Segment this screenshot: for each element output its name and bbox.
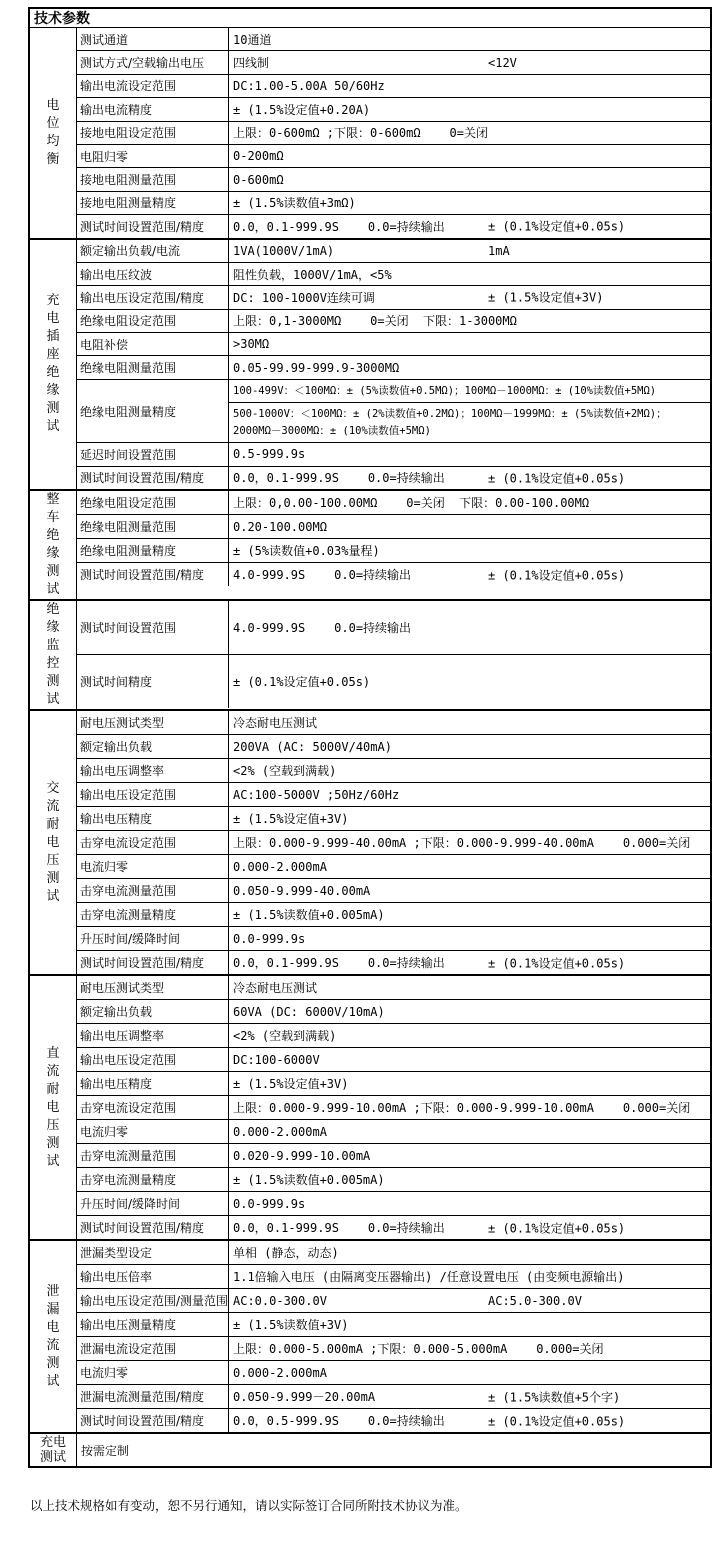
table-row: 击穿电流测量范围0.020-9.999-10.00mA bbox=[77, 1144, 710, 1168]
param-value-cell: 0.050-9.999-40.00mA bbox=[229, 879, 710, 902]
category-label-line: 绝 bbox=[46, 364, 59, 382]
category-label-line: 交 bbox=[46, 780, 59, 798]
value-text: ± (1.5%读数值+3mΩ) bbox=[233, 194, 356, 211]
value-text: 0.0，0.1-999.9S 0.0=持续输出 bbox=[233, 954, 445, 971]
param-name-cell: 测试时间设置范围/精度 bbox=[77, 215, 229, 237]
param-value-cell: 0.0-999.9s bbox=[229, 1192, 710, 1215]
table-row: 输出电压精度± (1.5%设定值+3V) bbox=[77, 1072, 710, 1096]
param-name-cell: 测试时间精度 bbox=[77, 655, 229, 708]
param-name-cell: 额定输出负载/电流 bbox=[77, 240, 229, 262]
param-value-cell: ± (1.5%设定值+0.20A) bbox=[229, 98, 710, 120]
param-name-cell: 接地电阻测量精度 bbox=[77, 192, 229, 214]
value-text: AC:0.0-300.0V bbox=[233, 1294, 327, 1308]
value-text: 0.20-100.00MΩ bbox=[233, 520, 327, 534]
value-text: 200VA (AC: 5000V/40mA) bbox=[233, 740, 392, 754]
param-name-cell: 泄漏类型设定 bbox=[77, 1241, 229, 1264]
param-value-cell: 上限：0,1-3000MΩ 0=关闭 下限：1-3000MΩ bbox=[229, 310, 710, 332]
param-name-cell: 输出电压纹波 bbox=[77, 263, 229, 285]
category-label-line: 泄 bbox=[46, 1283, 59, 1301]
value-text: 上限：0.000-9.999-40.00mA ;下限：0.000-9.999-4… bbox=[233, 834, 690, 851]
param-value-cell: 0.020-9.999-10.00mA bbox=[229, 1144, 710, 1167]
value-text: 0-600mΩ bbox=[233, 173, 284, 187]
category-label-line: 漏 bbox=[46, 1301, 59, 1319]
section-3: 绝缘监控测试测试时间设置范围4.0-999.9S 0.0=持续输出测试时间精度±… bbox=[30, 601, 710, 711]
spec-table: 技术参数 电位均衡测试通道10通道测试方式/空载输出电压四线制<12V输出电流设… bbox=[28, 7, 712, 1468]
param-value-cell: 0-600mΩ bbox=[229, 168, 710, 190]
category-label-line: 座 bbox=[46, 346, 59, 364]
value-text: 上限：0.000-5.000mA ;下限：0.000-5.000mA 0.000… bbox=[233, 1340, 604, 1357]
table-row: 额定输出负载200VA (AC: 5000V/40mA) bbox=[77, 735, 710, 759]
param-value-cell: 0.0，0.1-999.9S 0.0=持续输出± (0.1%设定值+0.05s) bbox=[229, 951, 710, 974]
table-row: 输出电压调整率<2% (空载到满载) bbox=[77, 1024, 710, 1048]
param-value-cell: 4.0-999.9S 0.0=持续输出 bbox=[229, 601, 710, 654]
category-label-line: 测试 bbox=[40, 1450, 66, 1465]
value-text-right: ± (0.1%设定值+0.05s) bbox=[488, 954, 625, 971]
param-value-cell: 冷态耐电压测试 bbox=[229, 976, 710, 999]
value-text: <2% (空载到满载) bbox=[233, 762, 336, 779]
value-text-right: ± (1.5%设定值+3V) bbox=[488, 289, 603, 306]
param-name-cell: 输出电压测量精度 bbox=[77, 1313, 229, 1336]
table-row: 绝缘电阻测量精度± (5%读数值+0.03%量程) bbox=[77, 539, 710, 563]
value-text-right: ± (0.1%设定值+0.05s) bbox=[488, 1412, 625, 1429]
value-text: 0.050-9.999－20.00mA bbox=[233, 1388, 375, 1405]
value-text: 0-200mΩ bbox=[233, 149, 284, 163]
category-label-line: 试 bbox=[46, 581, 59, 599]
param-value-cell: DC:100-6000V bbox=[229, 1048, 710, 1071]
param-value-cell: 上限：0,0.00-100.00MΩ 0=关闭 下限：0.00-100.00MΩ bbox=[229, 491, 710, 514]
section-rows: 额定输出负载/电流1VA(1000V/1mA)1mA输出电压纹波阻性负载，100… bbox=[77, 240, 710, 490]
category-label-line: 测 bbox=[46, 1355, 59, 1373]
table-row: 接地电阻测量精度± (1.5%读数值+3mΩ) bbox=[77, 192, 710, 215]
param-name-cell: 测试时间设置范围/精度 bbox=[77, 1216, 229, 1239]
param-name-cell: 输出电压调整率 bbox=[77, 1024, 229, 1047]
table-row: 测试时间设置范围/精度0.0，0.1-999.9S 0.0=持续输出± (0.1… bbox=[77, 215, 710, 237]
category-label-line: 插 bbox=[46, 328, 59, 346]
table-row: 击穿电流测量范围0.050-9.999-40.00mA bbox=[77, 879, 710, 903]
value-text: 4.0-999.9S 0.0=持续输出 bbox=[233, 566, 411, 583]
category-label-line: 电 bbox=[46, 97, 59, 115]
table-row: 测试时间精度± (0.1%设定值+0.05s) bbox=[77, 655, 710, 708]
section-7: 充电测试按需定制 bbox=[30, 1434, 710, 1466]
param-name-cell: 额定输出负载 bbox=[77, 1000, 229, 1023]
value-text: 0.0，0.1-999.9S 0.0=持续输出 bbox=[233, 469, 445, 486]
param-name-cell: 绝缘电阻测量精度 bbox=[77, 380, 229, 442]
table-row: 电阻归零0-200mΩ bbox=[77, 145, 710, 168]
param-name-cell: 击穿电流测量精度 bbox=[77, 903, 229, 926]
param-name-cell: 耐电压测试类型 bbox=[77, 711, 229, 734]
param-name-cell: 延迟时间设置范围 bbox=[77, 443, 229, 465]
value-subrow: 500-1000V：＜100MΩ：± (2%读数值+0.2MΩ)；100MΩ－1… bbox=[229, 403, 710, 442]
value-text-right: <12V bbox=[488, 56, 517, 70]
table-title-row: 技术参数 bbox=[30, 9, 710, 28]
value-text: 0.0，0.5-999.9S 0.0=持续输出 bbox=[233, 1412, 445, 1429]
param-name-cell: 泄漏电流测量范围/精度 bbox=[77, 1385, 229, 1408]
category-label: 整车绝缘测试 bbox=[30, 491, 77, 599]
category-label-line: 流 bbox=[46, 1337, 59, 1355]
param-name-cell: 接地电阻设定范围 bbox=[77, 122, 229, 144]
table-row: 输出电压设定范围/测量范围AC:0.0-300.0VAC:5.0-300.0V bbox=[77, 1289, 710, 1313]
table-row: 耐电压测试类型冷态耐电压测试 bbox=[77, 976, 710, 1000]
param-value-cell: <2% (空载到满载) bbox=[229, 759, 710, 782]
table-row: 测试时间设置范围4.0-999.9S 0.0=持续输出 bbox=[77, 601, 710, 655]
value-text: >30MΩ bbox=[233, 337, 269, 351]
param-value-cell: ± (5%读数值+0.03%量程) bbox=[229, 539, 710, 562]
category-label: 直流耐电压测试 bbox=[30, 976, 77, 1239]
table-row: 输出电压倍率1.1倍输入电压 (由隔离变压器输出) /任意设置电压 (由变频电源… bbox=[77, 1265, 710, 1289]
category-label-line: 试 bbox=[46, 1373, 59, 1391]
category-label-line: 绝 bbox=[46, 527, 59, 545]
category-label-line: 直 bbox=[46, 1045, 59, 1063]
table-row: 输出电压设定范围/精度DC: 100-1000V连续可调± (1.5%设定值+3… bbox=[77, 286, 710, 309]
value-text: ± (1.5%设定值+3V) bbox=[233, 1075, 348, 1092]
param-name-cell: 电阻归零 bbox=[77, 145, 229, 167]
category-label-line: 试 bbox=[46, 691, 59, 709]
value-text-right: ± (0.1%设定值+0.05s) bbox=[488, 218, 625, 235]
value-text: 0.0-999.9s bbox=[233, 932, 305, 946]
category-label-line: 试 bbox=[46, 1153, 59, 1171]
param-value-cell: 冷态耐电压测试 bbox=[229, 711, 710, 734]
section-4: 交流耐电压测试耐电压测试类型冷态耐电压测试额定输出负载200VA (AC: 50… bbox=[30, 711, 710, 976]
category-label-line: 电 bbox=[46, 834, 59, 852]
category-label-line: 缘 bbox=[46, 619, 59, 637]
value-text: 0.000-2.000mA bbox=[233, 1125, 327, 1139]
param-value-cell: AC:0.0-300.0VAC:5.0-300.0V bbox=[229, 1289, 710, 1312]
param-name-cell: 绝缘电阻测量精度 bbox=[77, 539, 229, 562]
value-text: DC:1.00-5.00A 50/60Hz bbox=[233, 79, 385, 93]
param-name-cell: 升压时间/缓降时间 bbox=[77, 927, 229, 950]
category-label-line: 缘 bbox=[46, 382, 59, 400]
category-label-line: 均 bbox=[46, 133, 59, 151]
param-name-cell: 升压时间/缓降时间 bbox=[77, 1192, 229, 1215]
param-name-cell: 电流归零 bbox=[77, 855, 229, 878]
param-value-cell: 100-499V：＜100MΩ：± (5%读数值+0.5MΩ)；100MΩ－10… bbox=[229, 380, 710, 442]
category-label-line: 压 bbox=[46, 1117, 59, 1135]
param-name-cell: 绝缘电阻设定范围 bbox=[77, 310, 229, 332]
value-text: 0.000-2.000mA bbox=[233, 1366, 327, 1380]
table-row: 电阻补偿>30MΩ bbox=[77, 333, 710, 356]
table-row: 电流归零0.000-2.000mA bbox=[77, 855, 710, 879]
category-label-line: 耐 bbox=[46, 816, 59, 834]
param-name-cell: 接地电阻测量范围 bbox=[77, 168, 229, 190]
param-value-cell: 上限：0-600mΩ ;下限：0-600mΩ 0=关闭 bbox=[229, 122, 710, 144]
value-text: ± (1.5%读数值+3V) bbox=[233, 1316, 348, 1333]
table-row: 输出电压设定范围DC:100-6000V bbox=[77, 1048, 710, 1072]
param-name-cell: 输出电压精度 bbox=[77, 807, 229, 830]
table-row: 按需定制 bbox=[77, 1434, 710, 1466]
category-label: 泄漏电流测试 bbox=[30, 1241, 77, 1432]
param-value-cell: 60VA (DC: 6000V/10mA) bbox=[229, 1000, 710, 1023]
param-name-cell: 输出电流设定范围 bbox=[77, 75, 229, 97]
value-text: ± (1.5%读数值+0.005mA) bbox=[233, 1171, 385, 1188]
category-label: 交流耐电压测试 bbox=[30, 711, 77, 974]
value-text: <2% (空载到满载) bbox=[233, 1027, 336, 1044]
table-row: 泄漏电流设定范围上限：0.000-5.000mA ;下限：0.000-5.000… bbox=[77, 1337, 710, 1361]
param-value-cell: DC: 100-1000V连续可调± (1.5%设定值+3V) bbox=[229, 286, 710, 308]
param-value-cell: ± (0.1%设定值+0.05s) bbox=[229, 655, 710, 708]
param-name-cell: 电流归零 bbox=[77, 1361, 229, 1384]
param-name-cell: 输出电压倍率 bbox=[77, 1265, 229, 1288]
table-row: 测试时间设置范围/精度4.0-999.9S 0.0=持续输出± (0.1%设定值… bbox=[77, 563, 710, 586]
value-text-right: ± (0.1%设定值+0.05s) bbox=[488, 1219, 625, 1236]
param-name-cell: 绝缘电阻设定范围 bbox=[77, 491, 229, 514]
param-value-cell: ± (1.5%读数值+0.005mA) bbox=[229, 903, 710, 926]
value-text: ± (1.5%读数值+0.005mA) bbox=[233, 906, 385, 923]
value-text: 0.020-9.999-10.00mA bbox=[233, 1149, 370, 1163]
category-label-line: 试 bbox=[46, 418, 59, 436]
value-text: 单相 (静态，动态) bbox=[233, 1244, 339, 1261]
table-row: 接地电阻测量范围0-600mΩ bbox=[77, 168, 710, 191]
param-name-cell: 泄漏电流设定范围 bbox=[77, 1337, 229, 1360]
section-5: 直流耐电压测试耐电压测试类型冷态耐电压测试额定输出负载60VA (DC: 600… bbox=[30, 976, 710, 1241]
value-text: 0.050-9.999-40.00mA bbox=[233, 884, 370, 898]
value-text-right: ± (1.5%读数值+5个字) bbox=[488, 1388, 620, 1405]
category-label-line: 电 bbox=[46, 1319, 59, 1337]
param-name-cell: 击穿电流设定范围 bbox=[77, 1096, 229, 1119]
table-row: 测试通道10通道 bbox=[77, 28, 710, 51]
category-label-line: 充电 bbox=[40, 1435, 66, 1450]
value-text: 冷态耐电压测试 bbox=[233, 714, 317, 731]
param-name-cell: 绝缘电阻测量范围 bbox=[77, 515, 229, 538]
table-row: 输出电流设定范围DC:1.00-5.00A 50/60Hz bbox=[77, 75, 710, 98]
param-value-cell: 上限：0.000-9.999-40.00mA ;下限：0.000-9.999-4… bbox=[229, 831, 710, 854]
param-name-cell: 输出电压设定范围/精度 bbox=[77, 286, 229, 308]
table-row: 测试时间设置范围/精度0.0，0.1-999.9S 0.0=持续输出± (0.1… bbox=[77, 467, 710, 489]
param-name-cell: 测试时间设置范围/精度 bbox=[77, 1409, 229, 1432]
value-text: ± (1.5%设定值+0.20A) bbox=[233, 101, 370, 118]
table-row: 升压时间/缓降时间0.0-999.9s bbox=[77, 927, 710, 951]
param-value-cell: 四线制<12V bbox=[229, 51, 710, 73]
param-name-cell: 输出电压设定范围 bbox=[77, 1048, 229, 1071]
table-row: 输出电压测量精度± (1.5%读数值+3V) bbox=[77, 1313, 710, 1337]
param-name-cell: 额定输出负载 bbox=[77, 735, 229, 758]
category-label: 充电测试 bbox=[30, 1434, 77, 1466]
value-text: ± (0.1%设定值+0.05s) bbox=[233, 673, 370, 690]
value-text-right: AC:5.0-300.0V bbox=[488, 1294, 582, 1308]
param-name-cell: 电阻补偿 bbox=[77, 333, 229, 355]
table-row: 绝缘电阻测量范围0.20-100.00MΩ bbox=[77, 515, 710, 539]
value-text: 1.1倍输入电压 (由隔离变压器输出) /任意设置电压 (由变频电源输出) bbox=[233, 1268, 624, 1285]
category-label-line: 车 bbox=[46, 509, 59, 527]
table-row: 输出电流精度± (1.5%设定值+0.20A) bbox=[77, 98, 710, 121]
category-label-line: 测 bbox=[46, 870, 59, 888]
category-label-line: 位 bbox=[46, 115, 59, 133]
param-value-cell: 0.000-2.000mA bbox=[229, 1361, 710, 1384]
value-text: DC:100-6000V bbox=[233, 1053, 320, 1067]
category-label: 绝缘监控测试 bbox=[30, 601, 77, 709]
category-label: 电位均衡 bbox=[30, 28, 77, 238]
value-text: 阻性负载，1000V/1mA，<5% bbox=[233, 266, 392, 283]
table-row: 击穿电流设定范围上限：0.000-9.999-10.00mA ;下限：0.000… bbox=[77, 1096, 710, 1120]
param-value-cell: 0.05-99.99-999.9-3000MΩ bbox=[229, 356, 710, 378]
table-row: 测试时间设置范围/精度0.0，0.1-999.9S 0.0=持续输出± (0.1… bbox=[77, 951, 710, 974]
value-text: 冷态耐电压测试 bbox=[233, 979, 317, 996]
param-value-cell: 0.0，0.1-999.9S 0.0=持续输出± (0.1%设定值+0.05s) bbox=[229, 467, 710, 489]
table-row: 输出电压设定范围AC:100-5000V ;50Hz/60Hz bbox=[77, 783, 710, 807]
param-value-cell: 阻性负载，1000V/1mA，<5% bbox=[229, 263, 710, 285]
category-label-line: 耐 bbox=[46, 1081, 59, 1099]
category-label-line: 缘 bbox=[46, 545, 59, 563]
category-label-line: 电 bbox=[46, 1099, 59, 1117]
value-text-right: 1mA bbox=[488, 244, 510, 258]
category-label-line: 流 bbox=[46, 1063, 59, 1081]
value-text: ± (5%读数值+0.03%量程) bbox=[233, 542, 380, 559]
table-row: 额定输出负载60VA (DC: 6000V/10mA) bbox=[77, 1000, 710, 1024]
param-value-cell: AC:100-5000V ;50Hz/60Hz bbox=[229, 783, 710, 806]
table-row: 升压时间/缓降时间0.0-999.9s bbox=[77, 1192, 710, 1216]
param-value-cell: ± (1.5%读数值+0.005mA) bbox=[229, 1168, 710, 1191]
param-name-cell: 测试时间设置范围 bbox=[77, 601, 229, 654]
value-text: 上限：0,1-3000MΩ 0=关闭 下限：1-3000MΩ bbox=[233, 312, 517, 329]
param-value-cell: 0.20-100.00MΩ bbox=[229, 515, 710, 538]
section-rows: 绝缘电阻设定范围上限：0,0.00-100.00MΩ 0=关闭 下限：0.00-… bbox=[77, 491, 710, 599]
section-rows: 测试时间设置范围4.0-999.9S 0.0=持续输出测试时间精度± (0.1%… bbox=[77, 601, 710, 709]
value-text: 上限：0-600mΩ ;下限：0-600mΩ 0=关闭 bbox=[233, 124, 488, 141]
footer-note: 以上技术规格如有变动，恕不另行通知，请以实际签订合同所附技术协议为准。 bbox=[30, 1496, 468, 1514]
value-text: 上限：0,0.00-100.00MΩ 0=关闭 下限：0.00-100.00MΩ bbox=[233, 494, 589, 511]
param-name-cell: 电流归零 bbox=[77, 1120, 229, 1143]
value-text: DC: 100-1000V连续可调 bbox=[233, 289, 375, 306]
category-label-line: 监 bbox=[46, 637, 59, 655]
value-text: 0.5-999.9s bbox=[233, 447, 305, 461]
value-text: 10通道 bbox=[233, 31, 271, 48]
section-1: 充电插座绝缘测试额定输出负载/电流1VA(1000V/1mA)1mA输出电压纹波… bbox=[30, 240, 710, 492]
param-name-cell: 输出电流精度 bbox=[77, 98, 229, 120]
table-row: 电流归零0.000-2.000mA bbox=[77, 1361, 710, 1385]
section-2: 整车绝缘测试绝缘电阻设定范围上限：0,0.00-100.00MΩ 0=关闭 下限… bbox=[30, 491, 710, 601]
section-0: 电位均衡测试通道10通道测试方式/空载输出电压四线制<12V输出电流设定范围DC… bbox=[30, 28, 710, 240]
value-text: 4.0-999.9S 0.0=持续输出 bbox=[233, 619, 411, 636]
param-value-cell: 单相 (静态，动态) bbox=[229, 1241, 710, 1264]
param-name-cell: 测试时间设置范围/精度 bbox=[77, 563, 229, 586]
table-row: 接地电阻设定范围上限：0-600mΩ ;下限：0-600mΩ 0=关闭 bbox=[77, 122, 710, 145]
table-row: 耐电压测试类型冷态耐电压测试 bbox=[77, 711, 710, 735]
value-subrow: 100-499V：＜100MΩ：± (5%读数值+0.5MΩ)；100MΩ－10… bbox=[229, 380, 710, 403]
value-text: 60VA (DC: 6000V/10mA) bbox=[233, 1005, 385, 1019]
category-label-line: 测 bbox=[46, 563, 59, 581]
table-row: 测试时间设置范围/精度0.0，0.5-999.9S 0.0=持续输出± (0.1… bbox=[77, 1409, 710, 1432]
category-label-line: 控 bbox=[46, 655, 59, 673]
category-label-line: 衡 bbox=[46, 151, 59, 169]
category-label-line: 测 bbox=[46, 400, 59, 418]
table-row: 绝缘电阻设定范围上限：0,0.00-100.00MΩ 0=关闭 下限：0.00-… bbox=[77, 491, 710, 515]
param-name-cell: 绝缘电阻测量范围 bbox=[77, 356, 229, 378]
param-name-cell: 输出电压调整率 bbox=[77, 759, 229, 782]
param-value-cell: 1VA(1000V/1mA)1mA bbox=[229, 240, 710, 262]
merged-value-cell: 按需定制 bbox=[77, 1434, 710, 1466]
section-rows: 泄漏类型设定单相 (静态，动态)输出电压倍率1.1倍输入电压 (由隔离变压器输出… bbox=[77, 1241, 710, 1432]
value-text-right: ± (0.1%设定值+0.05s) bbox=[488, 566, 625, 583]
category-label-line: 充 bbox=[46, 292, 59, 310]
param-value-cell: <2% (空载到满载) bbox=[229, 1024, 710, 1047]
category-label-line: 试 bbox=[46, 888, 59, 906]
param-value-cell: 0.0-999.9s bbox=[229, 927, 710, 950]
table-row: 泄漏类型设定单相 (静态，动态) bbox=[77, 1241, 710, 1265]
section-rows: 测试通道10通道测试方式/空载输出电压四线制<12V输出电流设定范围DC:1.0… bbox=[77, 28, 710, 238]
category-label-line: 测 bbox=[46, 1135, 59, 1153]
table-row: 电流归零0.000-2.000mA bbox=[77, 1120, 710, 1144]
value-text: 0.0-999.9s bbox=[233, 1197, 305, 1211]
category-label: 充电插座绝缘测试 bbox=[30, 240, 77, 490]
param-value-cell: DC:1.00-5.00A 50/60Hz bbox=[229, 75, 710, 97]
param-value-cell: 200VA (AC: 5000V/40mA) bbox=[229, 735, 710, 758]
param-value-cell: 4.0-999.9S 0.0=持续输出± (0.1%设定值+0.05s) bbox=[229, 563, 710, 586]
param-value-cell: 上限：0.000-5.000mA ;下限：0.000-5.000mA 0.000… bbox=[229, 1337, 710, 1360]
param-name-cell: 输出电压设定范围/测量范围 bbox=[77, 1289, 229, 1312]
param-name-cell: 测试时间设置范围/精度 bbox=[77, 467, 229, 489]
section-rows: 按需定制 bbox=[77, 1434, 710, 1466]
param-name-cell: 击穿电流测量精度 bbox=[77, 1168, 229, 1191]
param-value-cell: ± (1.5%读数值+3V) bbox=[229, 1313, 710, 1336]
param-value-cell: 1.1倍输入电压 (由隔离变压器输出) /任意设置电压 (由变频电源输出) bbox=[229, 1265, 710, 1288]
param-value-cell: 0.050-9.999－20.00mA± (1.5%读数值+5个字) bbox=[229, 1385, 710, 1408]
table-row: 输出电压精度± (1.5%设定值+3V) bbox=[77, 807, 710, 831]
table-row: 输出电压纹波阻性负载，1000V/1mA，<5% bbox=[77, 263, 710, 286]
param-value-cell: 10通道 bbox=[229, 28, 710, 50]
param-value-cell: 0.5-999.9s bbox=[229, 443, 710, 465]
value-text: ± (1.5%设定值+3V) bbox=[233, 810, 348, 827]
param-value-cell: ± (1.5%读数值+3mΩ) bbox=[229, 192, 710, 214]
section-6: 泄漏电流测试泄漏类型设定单相 (静态，动态)输出电压倍率1.1倍输入电压 (由隔… bbox=[30, 1241, 710, 1434]
table-row: 绝缘电阻测量范围0.05-99.99-999.9-3000MΩ bbox=[77, 356, 710, 379]
table-row: 击穿电流测量精度± (1.5%读数值+0.005mA) bbox=[77, 1168, 710, 1192]
table-row: 额定输出负载/电流1VA(1000V/1mA)1mA bbox=[77, 240, 710, 263]
value-text: 四线制 bbox=[233, 54, 269, 71]
category-label-line: 电 bbox=[46, 310, 59, 328]
param-value-cell: ± (1.5%设定值+3V) bbox=[229, 1072, 710, 1095]
page-title: 技术参数 bbox=[34, 8, 90, 28]
param-value-cell: >30MΩ bbox=[229, 333, 710, 355]
section-rows: 耐电压测试类型冷态耐电压测试额定输出负载60VA (DC: 6000V/10mA… bbox=[77, 976, 710, 1239]
param-name-cell: 输出电压设定范围 bbox=[77, 783, 229, 806]
value-text: 1VA(1000V/1mA) bbox=[233, 244, 334, 258]
table-row: 泄漏电流测量范围/精度0.050-9.999－20.00mA± (1.5%读数值… bbox=[77, 1385, 710, 1409]
category-label-line: 绝 bbox=[46, 601, 59, 619]
value-text: 0.000-2.000mA bbox=[233, 860, 327, 874]
param-value-cell: 0.0，0.5-999.9S 0.0=持续输出± (0.1%设定值+0.05s) bbox=[229, 1409, 710, 1432]
category-label-line: 整 bbox=[46, 491, 59, 509]
section-rows: 耐电压测试类型冷态耐电压测试额定输出负载200VA (AC: 5000V/40m… bbox=[77, 711, 710, 974]
param-name-cell: 击穿电流测量范围 bbox=[77, 879, 229, 902]
param-name-cell: 输出电压精度 bbox=[77, 1072, 229, 1095]
value-text: AC:100-5000V ;50Hz/60Hz bbox=[233, 788, 399, 802]
param-value-cell: 0.0，0.1-999.9S 0.0=持续输出± (0.1%设定值+0.05s) bbox=[229, 1216, 710, 1239]
table-row: 测试时间设置范围/精度0.0，0.1-999.9S 0.0=持续输出± (0.1… bbox=[77, 1216, 710, 1239]
value-text: 0.0，0.1-999.9S 0.0=持续输出 bbox=[233, 1219, 445, 1236]
category-label-line: 流 bbox=[46, 798, 59, 816]
param-value-cell: 上限：0.000-9.999-10.00mA ;下限：0.000-9.999-1… bbox=[229, 1096, 710, 1119]
table-row: 击穿电流测量精度± (1.5%读数值+0.005mA) bbox=[77, 903, 710, 927]
table-row: 测试方式/空载输出电压四线制<12V bbox=[77, 51, 710, 74]
param-value-cell: ± (1.5%设定值+3V) bbox=[229, 807, 710, 830]
category-label-line: 测 bbox=[46, 673, 59, 691]
value-text: 0.05-99.99-999.9-3000MΩ bbox=[233, 361, 399, 375]
table-row: 击穿电流设定范围上限：0.000-9.999-40.00mA ;下限：0.000… bbox=[77, 831, 710, 855]
table-row: 绝缘电阻测量精度100-499V：＜100MΩ：± (5%读数值+0.5MΩ)；… bbox=[77, 380, 710, 443]
param-name-cell: 击穿电流设定范围 bbox=[77, 831, 229, 854]
value-text: 0.0，0.1-999.9S 0.0=持续输出 bbox=[233, 218, 445, 235]
table-row: 绝缘电阻设定范围上限：0,1-3000MΩ 0=关闭 下限：1-3000MΩ bbox=[77, 310, 710, 333]
value-text: 上限：0.000-9.999-10.00mA ;下限：0.000-9.999-1… bbox=[233, 1099, 690, 1116]
param-value-cell: 0.000-2.000mA bbox=[229, 1120, 710, 1143]
category-label-line: 压 bbox=[46, 852, 59, 870]
param-name-cell: 测试时间设置范围/精度 bbox=[77, 951, 229, 974]
value-text-right: ± (0.1%设定值+0.05s) bbox=[488, 469, 625, 486]
param-value-cell: 0.000-2.000mA bbox=[229, 855, 710, 878]
param-name-cell: 测试方式/空载输出电压 bbox=[77, 51, 229, 73]
param-value-cell: 0-200mΩ bbox=[229, 145, 710, 167]
param-name-cell: 耐电压测试类型 bbox=[77, 976, 229, 999]
spec-table-sections: 电位均衡测试通道10通道测试方式/空载输出电压四线制<12V输出电流设定范围DC… bbox=[30, 28, 710, 1466]
